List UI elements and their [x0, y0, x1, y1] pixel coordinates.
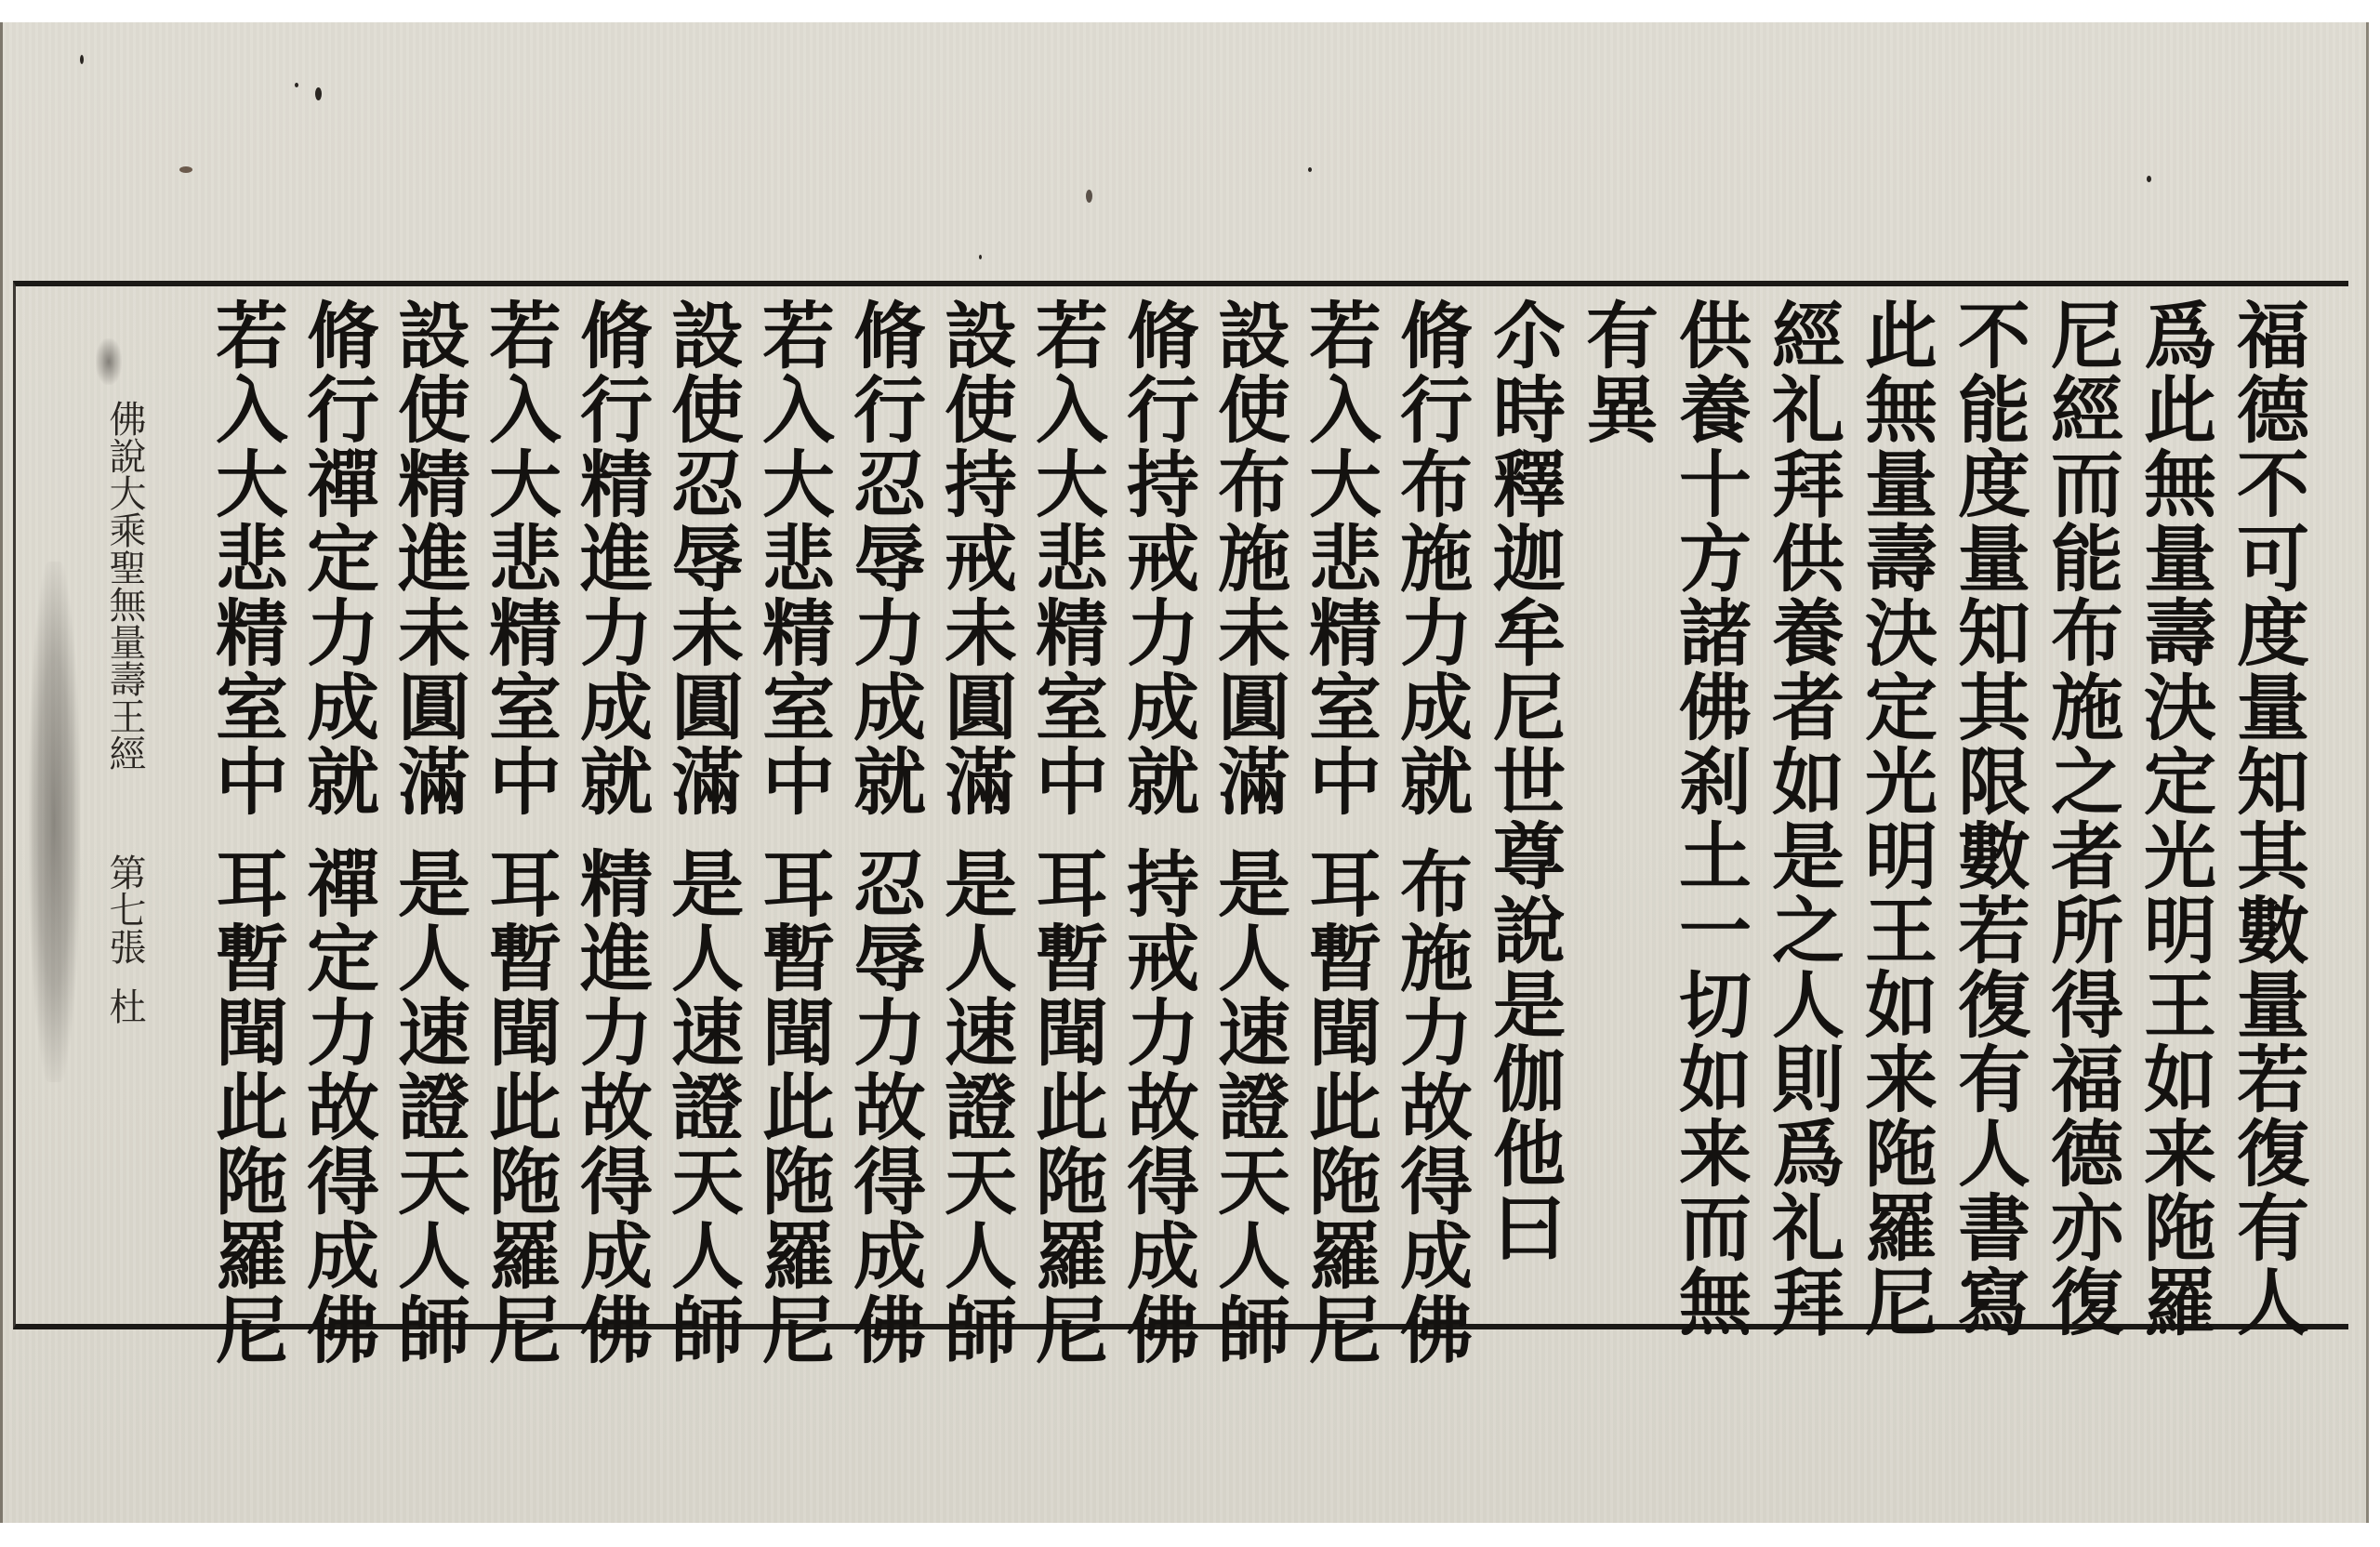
verse-line-bottom: 禪定力故得成佛 — [297, 846, 377, 1367]
text-column: 爲此無量壽決定光明王如来陁羅 — [2134, 297, 2214, 1339]
verse-line-bottom: 是人速證天人師 — [661, 846, 741, 1367]
ink-speck — [1086, 190, 1092, 203]
verse-line-bottom: 忍辱力故得成佛 — [843, 846, 923, 1367]
verse-line-bottom: 耳暫聞此陁羅尼 — [1299, 846, 1379, 1367]
verse-line-bottom: 精進力故得成佛 — [570, 846, 650, 1367]
verse-line-top: 設使持戒未圓滿 — [934, 297, 1014, 818]
text-column: 此無量壽決定光明王如来陁羅尼 — [1855, 297, 1935, 1339]
text-column: 不能度量知其限數若復有人書寫 — [1948, 297, 2028, 1339]
verse-line-top: 若入大悲精室中 — [205, 297, 285, 818]
ink-speck — [315, 87, 322, 100]
text-column: 供養十方諸佛刹土一切如来而無 — [1669, 297, 1749, 1339]
verse-line-top: 脩行布施力成就 — [1390, 297, 1470, 818]
ink-speck — [1308, 167, 1312, 172]
verse-line-bottom: 持戒力故得成佛 — [1117, 846, 1197, 1367]
verse-line-top: 設使精進未圓滿 — [388, 297, 468, 818]
verse-line-bottom: 耳暫聞此陁羅尼 — [479, 846, 559, 1367]
verse-line-bottom: 耳暫聞此陁羅尼 — [205, 846, 285, 1367]
verse-line-bottom: 耳暫聞此陁羅尼 — [1025, 846, 1105, 1367]
verse-line-top: 設使布施未圓滿 — [1208, 297, 1288, 818]
verse-line-bottom: 是人速證天人師 — [1208, 846, 1288, 1367]
text-column: 福德不可度量知其數量若復有人 — [2227, 297, 2307, 1339]
ink-speck — [2147, 176, 2151, 182]
verse-line-bottom: 是人速證天人師 — [388, 846, 468, 1367]
verse-line-top: 脩行忍辱力成就 — [843, 297, 923, 818]
margin-page-number: 第七張 — [104, 853, 145, 965]
verse-line-bottom: 耳暫聞此陁羅尼 — [752, 846, 832, 1367]
verse-line-bottom: 是人速證天人師 — [934, 846, 1014, 1367]
verse-line-top: 若入大悲精室中 — [752, 297, 832, 818]
verse-line-top: 脩行持戒力成就 — [1117, 297, 1197, 818]
text-column: 經礼拜供養者如是之人則爲礼拜 — [1762, 297, 1842, 1339]
verse-line-top: 設使忍辱未圓滿 — [661, 297, 741, 818]
ink-speck — [80, 55, 84, 64]
ink-speck — [979, 255, 982, 259]
verse-line-top: 若入大悲精室中 — [1299, 297, 1379, 818]
verse-line-top: 脩行精進力成就 — [570, 297, 650, 818]
margin-sutra-title: 佛說大乘聖無量壽王經 — [104, 400, 145, 772]
verse-line-top: 若入大悲精室中 — [479, 297, 559, 818]
text-column: 有異 — [1576, 297, 1656, 446]
verse-line-top: 脩行禪定力成就 — [297, 297, 377, 818]
gatha-intro-column: 尒時釋迦牟尼世尊說是伽他曰 — [1483, 297, 1563, 1264]
ink-speck — [179, 166, 192, 173]
margin-carver-mark: 杜 — [104, 987, 145, 1025]
verse-line-bottom: 布施力故得成佛 — [1390, 846, 1470, 1367]
verse-line-top: 若入大悲精室中 — [1025, 297, 1105, 818]
text-column: 尼經而能布施之者所得福德亦復 — [2041, 297, 2121, 1339]
ink-speck — [295, 83, 298, 87]
